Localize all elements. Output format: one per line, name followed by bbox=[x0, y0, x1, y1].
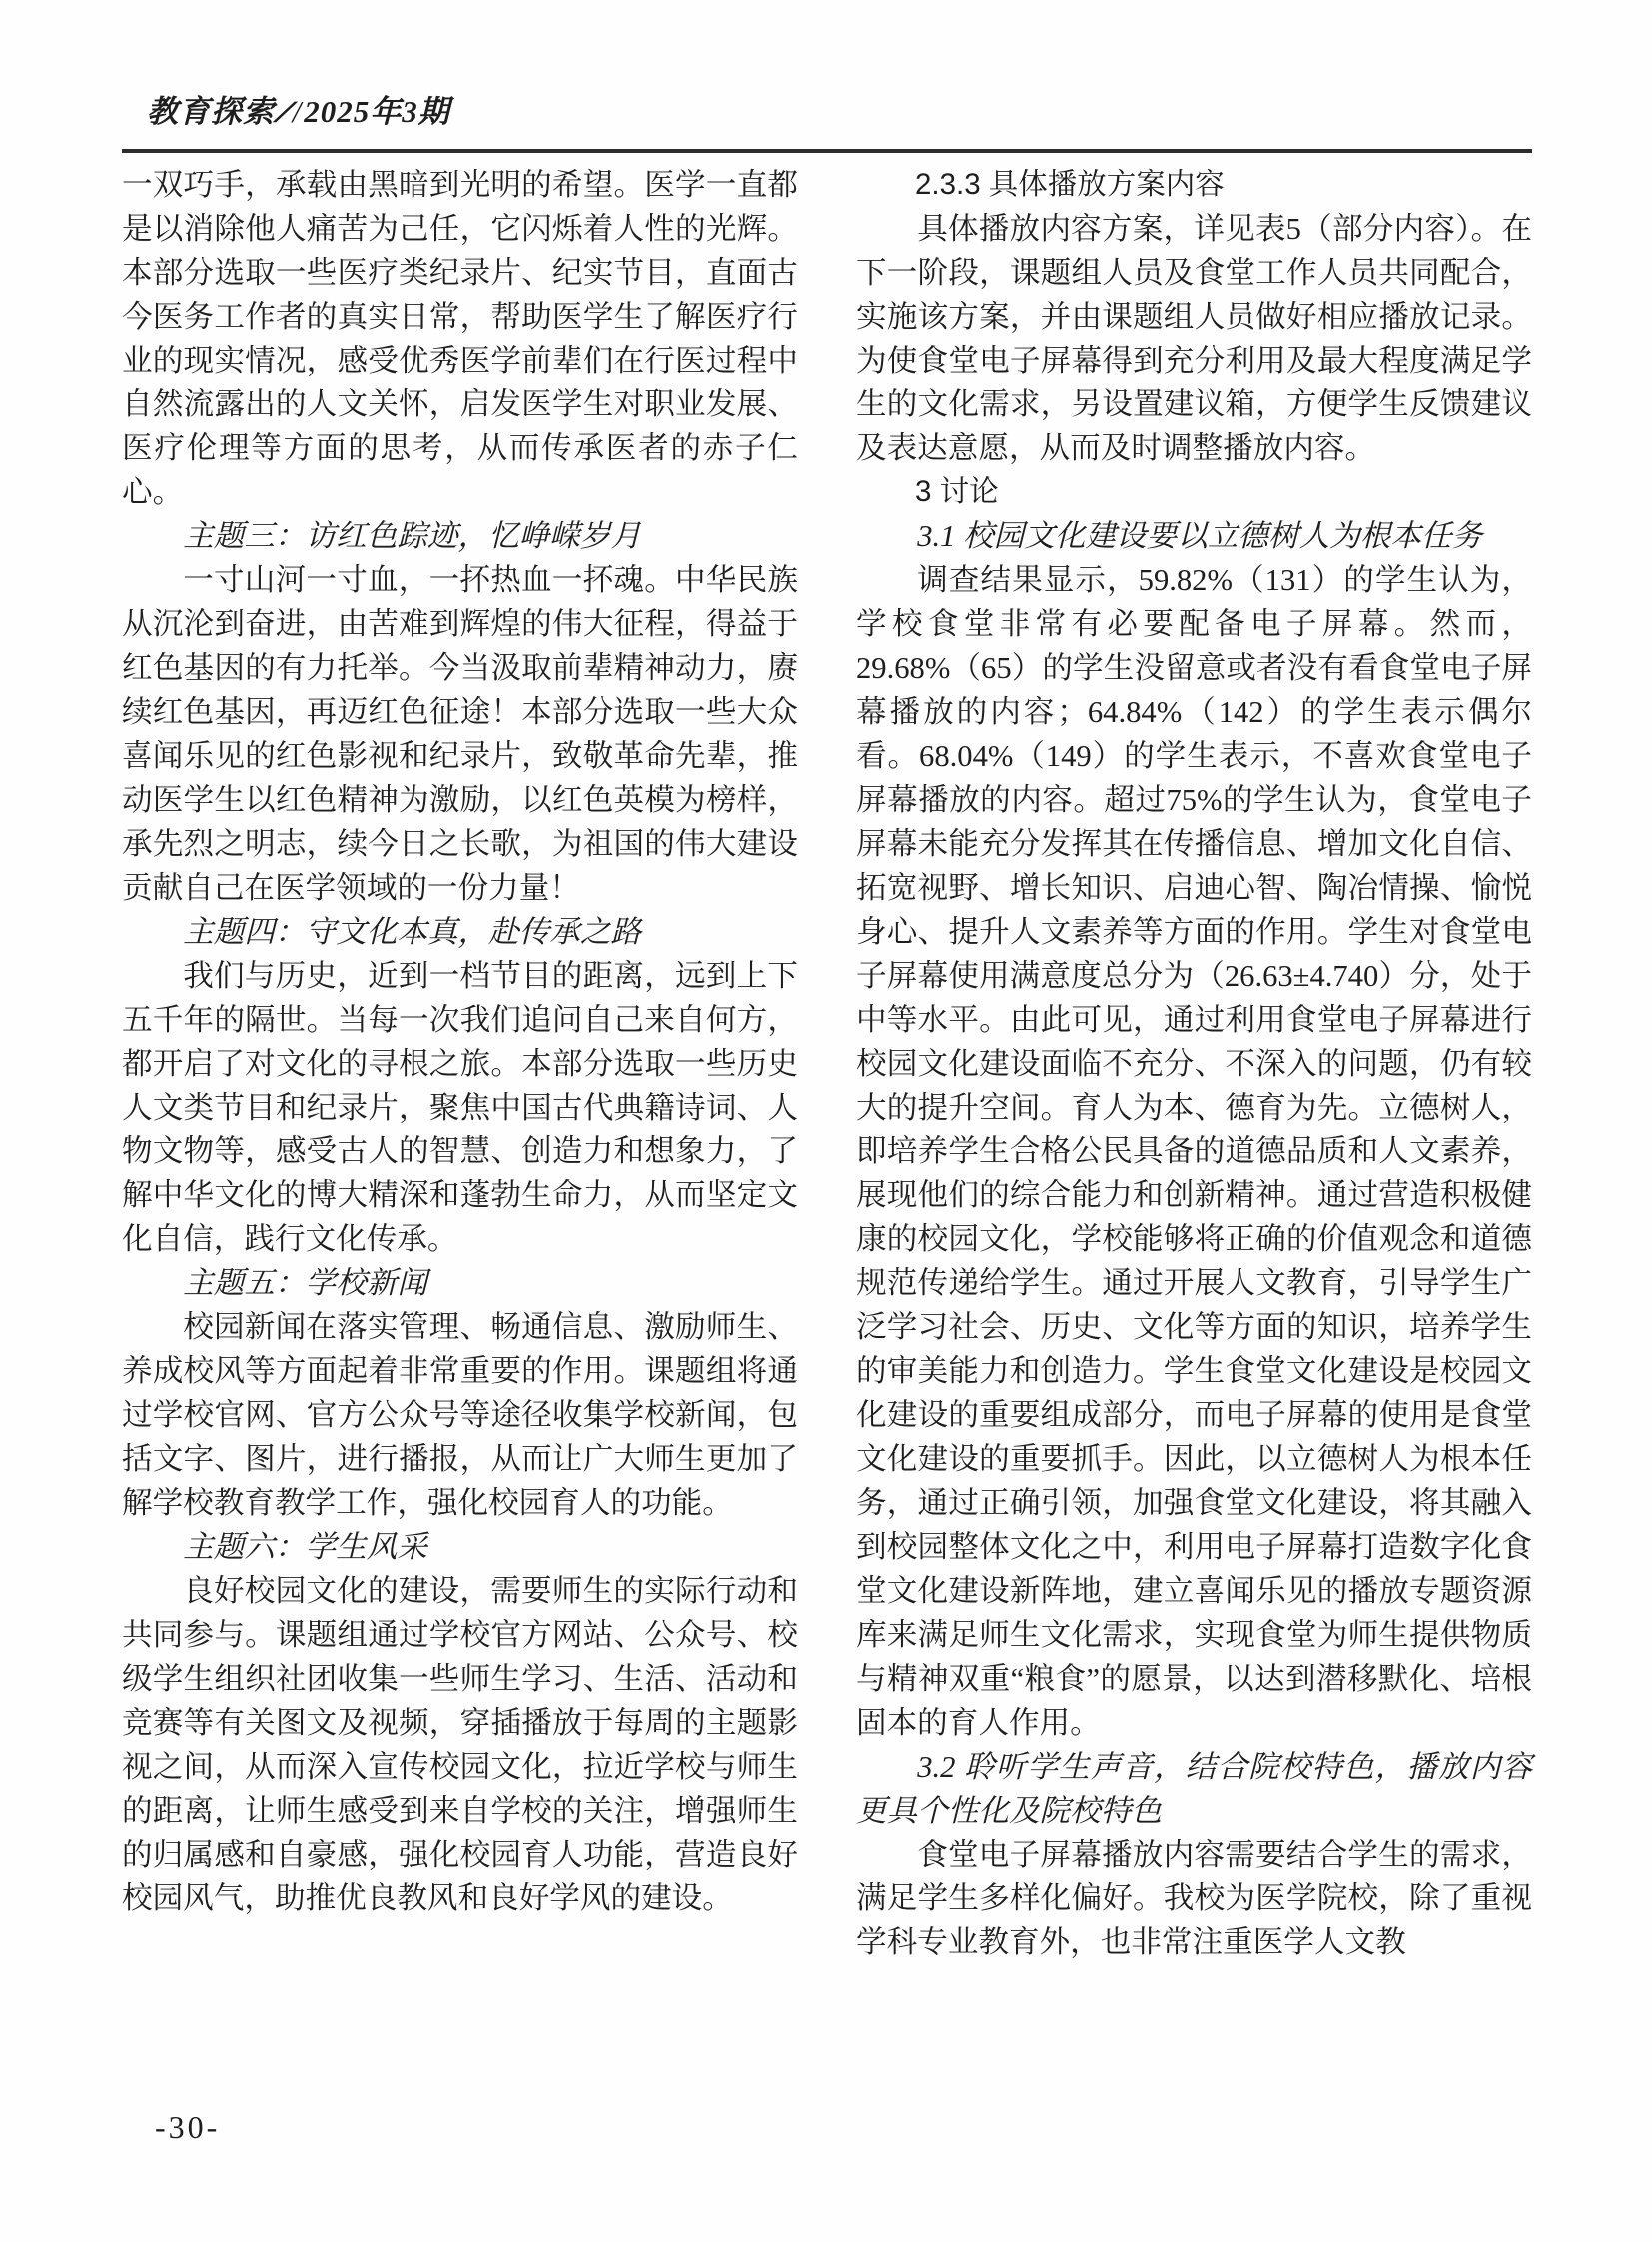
paragraph: 一寸山河一寸血，一抔热血一抔魂。中华民族从沉沦到奋进，由苦难到辉煌的伟大征程，得… bbox=[122, 558, 798, 910]
left-column: 一双巧手，承载由黑暗到光明的希望。医学一直都是以消除他人痛苦为己任，它闪烁着人性… bbox=[122, 163, 798, 1964]
paragraph: 调查结果显示，59.82%（131）的学生认为，学校食堂非常有必要配备电子屏幕。… bbox=[856, 558, 1532, 1745]
section-heading: 主题六：学生风采 bbox=[122, 1525, 798, 1569]
paragraph: 良好校园文化的建设，需要师生的实际行动和共同参与。课题组通过学校官方网站、公众号… bbox=[122, 1569, 798, 1920]
subsection-heading: 3.2 聆听学生声音，结合院校特色，播放内容更具个性化及院校特色 bbox=[856, 1745, 1532, 1833]
journal-issue: 2025年3期 bbox=[304, 94, 450, 129]
section-heading: 主题四：守文化本真，赴传承之路 bbox=[122, 910, 798, 954]
paragraph: 具体播放内容方案，详见表5（部分内容）。在下一阶段，课题组人员及食堂工作人员共同… bbox=[856, 207, 1532, 470]
paragraph: 校园新闻在落实管理、畅通信息、激励师生、养成校风等方面起着非常重要的作用。课题组… bbox=[122, 1305, 798, 1525]
section-heading: 3 讨论 bbox=[856, 470, 1532, 514]
paragraph: 我们与历史，近到一档节目的距离，远到上下五千年的隔世。当每一次我们追问自己来自何… bbox=[122, 954, 798, 1261]
article-body: 一双巧手，承载由黑暗到光明的希望。医学一直都是以消除他人痛苦为己任，它闪烁着人性… bbox=[122, 163, 1532, 1964]
paragraph: 一双巧手，承载由黑暗到光明的希望。医学一直都是以消除他人痛苦为己任，它闪烁着人性… bbox=[122, 163, 798, 514]
section-heading: 主题五：学校新闻 bbox=[122, 1261, 798, 1305]
section-heading: 2.3.3 具体播放方案内容 bbox=[856, 163, 1532, 207]
journal-title: 教育探索 bbox=[147, 94, 275, 129]
right-column: 2.3.3 具体播放方案内容 具体播放内容方案，详见表5（部分内容）。在下一阶段… bbox=[856, 163, 1532, 1964]
section-heading: 主题三：访红色踪迹，忆峥嵘岁月 bbox=[122, 514, 798, 558]
page-number: -30- bbox=[155, 2109, 220, 2146]
paragraph: 食堂电子屏幕播放内容需要结合学生的需求，满足学生多样化偏好。我校为医学院校，除了… bbox=[856, 1833, 1532, 1964]
journal-header: 教育探索//2025年3期 bbox=[147, 92, 450, 132]
journal-page: 教育探索//2025年3期 一双巧手，承载由黑暗到光明的希望。医学一直都是以消除… bbox=[0, 0, 1652, 2242]
header-rule bbox=[122, 149, 1532, 153]
subsection-heading: 3.1 校园文化建设要以立德树人为根本任务 bbox=[856, 514, 1532, 558]
